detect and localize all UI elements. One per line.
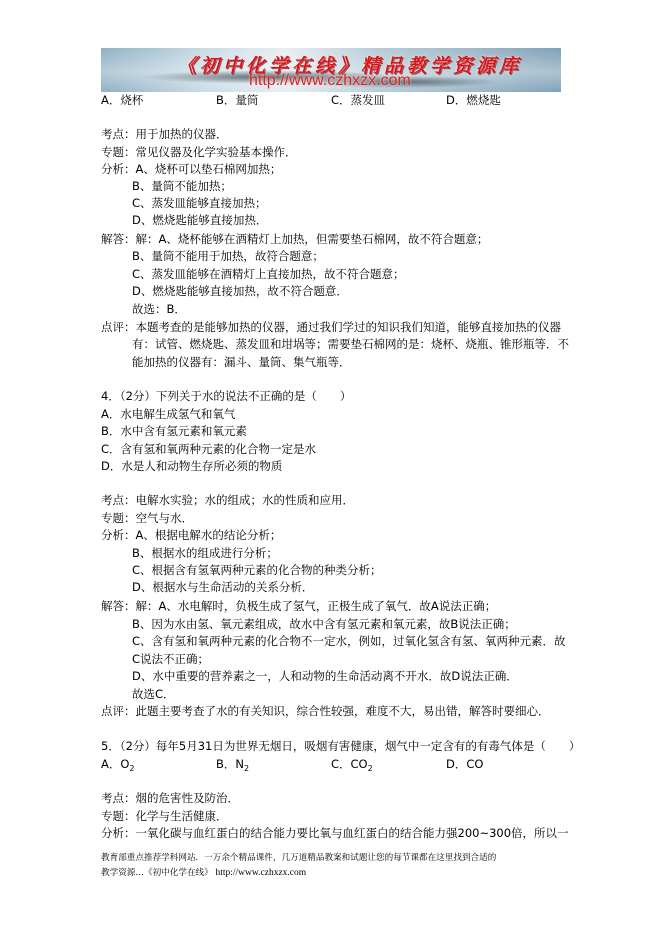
q3-dianping-1: 点评：本题考查的是能够加热的仪器，通过我们学过的知识我们知道，能够直接加热的仪器 (101, 320, 561, 335)
q4-fenxi-4: D、根据水与生命活动的关系分析． (132, 580, 313, 595)
q5-kaodian: 考点：烟的危害性及防治． (101, 791, 239, 806)
q3-jieda-3: C、蒸发皿能够在酒精灯上直接加热，故不符合题意； (132, 267, 405, 282)
q3-jieda-1: 解答：解：A、烧杯能够在酒精灯上加热，但需要垫石棉网，故不符合题意； (101, 232, 488, 247)
q3-dianping-2: 有：试管、燃烧匙、蒸发皿和坩埚等；需要垫石棉网的是：烧杯、烧瓶、锥形瓶等．不 (132, 337, 569, 352)
q3-fenxi-1: 分析：A、烧杯可以垫石棉网加热； (101, 162, 281, 177)
q4-dianping: 点评：此题主要考查了水的有关知识，综合性较强，难度不大，易出错，解答时要细心． (101, 704, 550, 719)
q3-option-d: D．燃烧匙 (446, 93, 501, 108)
q3-fenxi-2: B、量筒不能加热； (132, 179, 232, 194)
q3-option-a: A．烧杯 (101, 93, 143, 108)
q3-jieda-2: B、量筒不能用于加热，故符合题意； (132, 249, 324, 264)
site-banner: 《初中化学在线》精品教学资源库 http://www.czhxzx.com (101, 48, 561, 92)
q4-fenxi-1: 分析：A、根据电解水的结论分析； (101, 528, 281, 543)
q3-fenxi-4: D、燃烧匙能够直接加热． (132, 213, 267, 228)
q5-option-c: C．CO2 (331, 757, 373, 776)
footer-line-2: 教学资源…《初中化学在线》 http://www.czhxzx.com (101, 867, 306, 879)
q3-option-c: C．蒸发皿 (331, 93, 385, 108)
q5-option-a-subscript: 2 (129, 764, 134, 773)
q5-stem: 5．（2分）每年5月31日为世界无烟日，吸烟有害健康，烟气中一定含有的有毒气体是… (101, 739, 580, 754)
q5-zhuanti: 专题：化学与生活健康． (101, 809, 228, 824)
q3-option-b: B．量筒 (216, 93, 258, 108)
q5-option-b-subscript: 2 (244, 764, 249, 773)
footer-url-link[interactable]: http://www.czhxzx.com (215, 868, 306, 878)
q4-jieda-2: B、因为水由氢、氧元素组成，故水中含有氢元素和氧元素，故B说法正确； (132, 617, 516, 632)
q4-jieda-4: C说法不正确； (132, 652, 209, 667)
q3-jieda-5: 故选：B． (132, 302, 186, 317)
q4-option-c: C．含有氢和氧两种元素的化合物一定是水 (101, 442, 316, 457)
footer-line-1: 教育部重点推荐学科网站．一万余个精品课件，几万道精品教案和试题让您的每节课都在这… (101, 852, 496, 864)
q4-option-b: B．水中含有氢元素和氧元素 (101, 424, 247, 439)
q4-zhuanti: 专题：空气与水． (101, 511, 193, 526)
q4-fenxi-3: C、根据含有氢氧两种元素的化合物的种类分析； (132, 563, 382, 578)
q5-option-c-label: C．CO (331, 757, 368, 772)
q4-jieda-5: D、水中重要的营养素之一，人和动物的生命活动离不开水．故D说法正确． (132, 669, 518, 684)
footer-text: 教学资源…《初中化学在线》 (101, 868, 213, 878)
q5-option-b: B．N2 (216, 757, 249, 776)
q5-option-a-label: A．O (101, 757, 129, 772)
q3-dianping-3: 能加热的仪器有：漏斗、量筒、集气瓶等． (132, 355, 351, 370)
q4-fenxi-2: B、根据水的组成进行分析； (132, 546, 278, 561)
q4-jieda-1: 解答：解：A、水电解时，负极生成了氢气，正极生成了氧气．故A说法正确； (101, 599, 496, 614)
q5-option-d: D．CO (446, 757, 483, 776)
q3-jieda-4: D、燃烧匙能够直接加热，故不符合题意． (132, 284, 348, 299)
q5-option-d-label: D．CO (446, 757, 483, 772)
q4-option-a: A．水电解生成氢气和氧气 (101, 407, 235, 422)
q5-fenxi: 分析：一氧化碳与血红蛋白的结合能力要比氧与血红蛋白的结合能力强200~300倍，… (101, 826, 569, 841)
q4-option-d: D．水是人和动物生存所必须的物质 (101, 459, 282, 474)
q3-zhuanti: 专题：常见仪器及化学实验基本操作． (101, 145, 297, 160)
q4-jieda-3: C、含有氢和氧两种元素的化合物不一定水，例如，过氧化氢含有氢、氧两种元素．故 (132, 634, 566, 649)
q3-kaodian: 考点：用于加热的仪器． (101, 127, 228, 142)
q4-jieda-6: 故选C． (132, 687, 175, 702)
banner-url: http://www.czhxzx.com (249, 72, 411, 90)
q3-fenxi-3: C、蒸发皿能够直接加热； (132, 196, 267, 211)
q5-option-b-label: B．N (216, 757, 244, 772)
q5-option-a: A．O2 (101, 757, 135, 776)
q4-kaodian: 考点：电解水实验；水的组成；水的性质和应用． (101, 493, 354, 508)
q4-stem: 4．（2分）下列关于水的说法不正确的是（ ） (101, 389, 351, 404)
q5-option-c-subscript: 2 (368, 764, 373, 773)
